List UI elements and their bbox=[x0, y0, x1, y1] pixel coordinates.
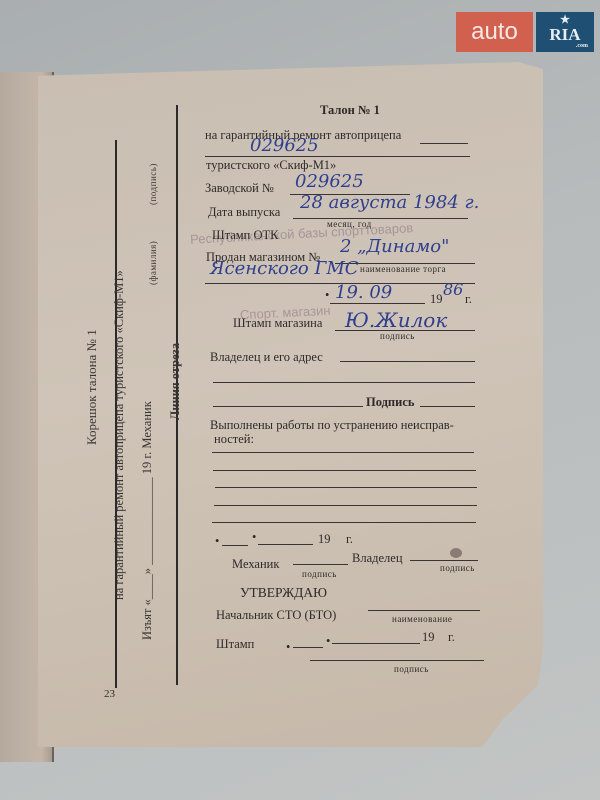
factory-no-label: Заводской № bbox=[205, 181, 274, 196]
work-done-label-1: Выполнены работы по устранению неисправ- bbox=[210, 418, 454, 433]
trade-org-hint: наименование торга bbox=[360, 264, 446, 274]
factory-no-value: 029625 bbox=[295, 171, 364, 192]
stamp-date-day-line[interactable] bbox=[293, 647, 323, 648]
head-name-line[interactable] bbox=[368, 610, 480, 611]
work-done-label-2: ностей: bbox=[214, 432, 254, 447]
shop-signature-hint: подпись bbox=[380, 331, 415, 341]
sale-year-suffix: г. bbox=[465, 292, 472, 307]
sold-by-value: 2 „Динамо" bbox=[340, 236, 449, 257]
owner-address-line-3[interactable] bbox=[213, 406, 363, 407]
trade-org-value: Ясенского ГМС bbox=[210, 258, 359, 279]
owner-signature-hint: подпись bbox=[440, 563, 475, 573]
warranty-blank bbox=[420, 143, 468, 144]
shop-signature: Ю.Жилок bbox=[345, 308, 447, 332]
stamp-label: Штамп bbox=[216, 637, 254, 652]
sale-year-prefix: 19 bbox=[430, 292, 443, 307]
serial-handwritten: 029625 bbox=[250, 135, 319, 156]
sale-date-dot: • bbox=[325, 288, 329, 303]
work-date-suffix: г. bbox=[346, 532, 353, 547]
shop-stamp-label: Штамп магазина bbox=[233, 316, 322, 331]
owner-address-label: Владелец и его адрес bbox=[210, 350, 323, 365]
work-line-3[interactable] bbox=[215, 487, 477, 488]
work-date-day-line[interactable] bbox=[222, 545, 248, 546]
coupon: Талон № 1 на гарантийный ремонт автоприц… bbox=[0, 0, 600, 800]
work-line-5[interactable] bbox=[212, 522, 476, 523]
work-date-year: 19 bbox=[318, 532, 331, 547]
sale-year-value: 86 bbox=[443, 280, 463, 299]
stamp-year-suffix: г. bbox=[448, 630, 455, 645]
work-date-dot: • bbox=[215, 534, 219, 549]
sale-date-line bbox=[330, 303, 425, 304]
sale-date-value: 19. 09 bbox=[335, 282, 392, 303]
mechanic-label: Механик bbox=[232, 557, 279, 572]
work-date-month-line[interactable] bbox=[258, 544, 313, 545]
mechanic-signature-line[interactable] bbox=[293, 564, 348, 565]
release-date-value: 28 августа 1984 г. bbox=[300, 192, 479, 213]
approve-label: УТВЕРЖДАЮ bbox=[240, 585, 327, 601]
owner-signature-line[interactable] bbox=[420, 406, 475, 407]
serial-line bbox=[205, 156, 470, 157]
head-label: Начальник СТО (БТО) bbox=[216, 608, 336, 623]
owner-address-line-2[interactable] bbox=[213, 382, 475, 383]
work-line-1[interactable] bbox=[212, 452, 474, 453]
stamp-date-dot-2: • bbox=[326, 634, 330, 649]
release-date-line bbox=[293, 218, 468, 219]
work-line-4[interactable] bbox=[214, 505, 477, 506]
final-signature-hint: подпись bbox=[394, 664, 429, 674]
work-line-2[interactable] bbox=[213, 470, 476, 471]
head-hint: наименование bbox=[392, 614, 452, 624]
stamp-date-dot: • bbox=[286, 640, 290, 655]
ink-smudge bbox=[450, 548, 462, 558]
work-date-dot-2: • bbox=[252, 530, 256, 545]
owner-address-line-1[interactable] bbox=[340, 361, 475, 362]
signature-label: Подпись bbox=[366, 395, 415, 410]
release-date-label: Дата выпуска bbox=[208, 205, 280, 220]
stamp-date-month-line[interactable] bbox=[332, 643, 420, 644]
owner-sign-line[interactable] bbox=[410, 560, 478, 561]
otk-stamp-label: Штамп ОТК bbox=[212, 228, 279, 243]
owner-label: Владелец bbox=[352, 551, 403, 566]
stamp-year: 19 bbox=[422, 630, 435, 645]
mechanic-signature-hint: подпись bbox=[302, 569, 337, 579]
final-signature-line[interactable] bbox=[310, 660, 484, 661]
coupon-title: Талон № 1 bbox=[320, 103, 380, 118]
